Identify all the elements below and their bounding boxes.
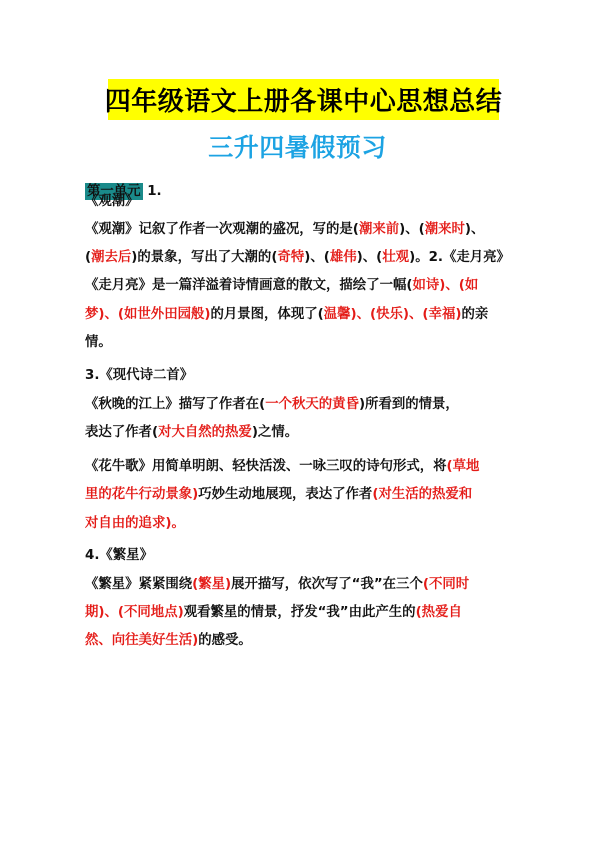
- body-text: 的感受。: [198, 633, 252, 648]
- body-text: 的月景图，体现了(: [210, 307, 323, 322]
- body-text: 《繁星》紧紧围绕: [85, 577, 192, 592]
- text-line: (潮去后)的景象，写出了大潮的(奇特)、(雄伟)、(壮观)。2.《走月亮》: [85, 247, 510, 269]
- text-line: 里的花牛行动景象)巧妙生动地展现，表达了作者(对生活的热爱和: [85, 484, 472, 506]
- body-text: 情。: [85, 335, 112, 350]
- answer-text: 对自由的追求)。: [85, 516, 185, 531]
- text-line: 《观潮》: [85, 191, 139, 213]
- body-text: 《走月亮》是一篇洋溢着诗情画意的散文，描绘了一幅(: [85, 278, 413, 293]
- body-text: 的亲: [461, 307, 488, 322]
- body-text: 3.《现代诗二首》: [85, 368, 193, 383]
- body-text: 表达了作者(: [85, 425, 158, 440]
- body-text: 展开描写，依次写了“我”在三个: [231, 577, 423, 592]
- text-line: 梦)、(如世外田园般)的月景图，体现了(温馨)、(快乐)、(幸福)的亲: [85, 304, 488, 326]
- answer-text: 一个秋天的黄昏: [265, 397, 359, 412]
- text-line: 表达了作者(对大自然的热爱)之情。: [85, 422, 298, 444]
- text-line: 然、向往美好生活)的感受。: [85, 630, 252, 652]
- answer-text: 潮来时: [425, 222, 465, 237]
- body-text: 《观潮》: [85, 194, 139, 209]
- body-text: )、(: [357, 250, 383, 265]
- body-text: )、(: [304, 250, 330, 265]
- answer-text: 梦)、(如世外田园般): [85, 307, 210, 322]
- text-line: 对自由的追求)。: [85, 513, 185, 535]
- body-text: 《花牛歌》用简单明朗、轻快活泼、一咏三叹的诗句形式，将: [85, 459, 447, 474]
- body-text: )、: [465, 222, 485, 237]
- answer-text: 奇特: [277, 250, 304, 265]
- answer-text: 里的花牛行动景象): [85, 487, 198, 502]
- title-banner: 四年级语文上册各课中心思想总结: [108, 79, 499, 120]
- text-line: 3.《现代诗二首》: [85, 365, 193, 387]
- text-line: 《观潮》记叙了作者一次观潮的盛况，写的是(潮来前)、(潮来时)、: [85, 219, 484, 241]
- answer-text: 潮去后: [91, 250, 131, 265]
- text-line: 情。: [85, 332, 112, 354]
- body-text: 4.《繁星》: [85, 548, 153, 563]
- body-text: )。2.《走月亮》: [409, 250, 510, 265]
- text-line: 《走月亮》是一篇洋溢着诗情画意的散文，描绘了一幅(如诗)、(如: [85, 275, 478, 297]
- answer-text: 然、向往美好生活): [85, 633, 198, 648]
- body-text: 《观潮》记叙了作者一次观潮的盛况，写的是(: [85, 222, 359, 237]
- text-line: 4.《繁星》: [85, 545, 153, 567]
- answer-text: (对生活的热爱和: [372, 487, 472, 502]
- body-text: )所看到的情景，: [359, 397, 459, 412]
- answer-text: 雄伟: [330, 250, 357, 265]
- answer-text: (不同时: [423, 577, 469, 592]
- body-text: )的景象，写出了大潮的(: [131, 250, 277, 265]
- answer-text: 如诗)、(如: [413, 278, 479, 293]
- page-subtitle: 三升四暑假预习: [0, 128, 595, 164]
- text-line: 《花牛歌》用简单明朗、轻快活泼、一咏三叹的诗句形式，将(草地: [85, 456, 479, 478]
- answer-text: (草地: [447, 459, 480, 474]
- item-number: 1.: [143, 184, 162, 199]
- body-text: )之情。: [252, 425, 298, 440]
- answer-text: (繁星): [192, 577, 231, 592]
- body-text: 巧妙生动地展现，表达了作者: [198, 487, 372, 502]
- text-line: 期)、(不同地点)观看繁星的情景，抒发“我”由此产生的(热爱自: [85, 602, 462, 624]
- body-text: 《秋晚的江上》描写了作者在(: [85, 397, 265, 412]
- body-text: )、(: [399, 222, 425, 237]
- answer-text: 对大自然的热爱: [158, 425, 252, 440]
- answer-text: 温馨)、(快乐)、(幸福): [324, 307, 462, 322]
- page-title: 四年级语文上册各课中心思想总结: [105, 81, 503, 118]
- body-text: 观看繁星的情景，抒发“我”由此产生的: [184, 605, 416, 620]
- text-line: 《繁星》紧紧围绕(繁星)展开描写，依次写了“我”在三个(不同时: [85, 574, 469, 596]
- answer-text: 壮观: [382, 250, 409, 265]
- text-line: 《秋晚的江上》描写了作者在(一个秋天的黄昏)所看到的情景，: [85, 394, 459, 416]
- answer-text: (热爱自: [416, 605, 462, 620]
- answer-text: 潮来前: [359, 222, 399, 237]
- answer-text: 期)、(不同地点): [85, 605, 184, 620]
